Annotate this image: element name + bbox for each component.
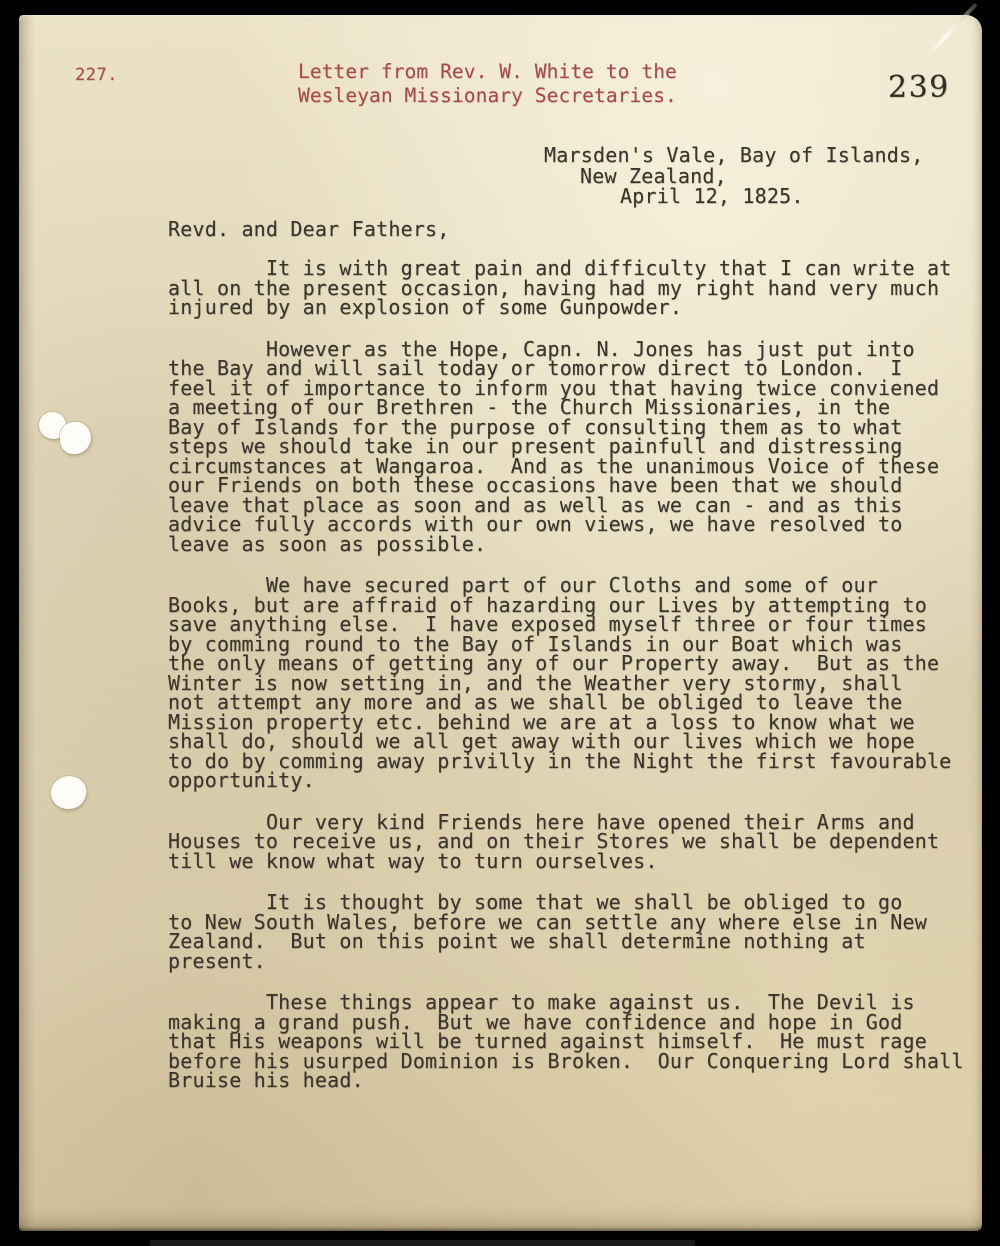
paragraph-3: We have secured part of our Cloths and s…: [168, 576, 980, 791]
punch-hole-bottom: [48, 773, 89, 813]
page-title-line-1: Letter from Rev. W. White to the: [298, 60, 677, 84]
scan-background: 227. Letter from Rev. W. White to the We…: [0, 0, 1000, 1246]
paragraph-2: However as the Hope, Capn. N. Jones has …: [168, 340, 980, 555]
page-title: Letter from Rev. W. White to the Wesleya…: [298, 60, 677, 108]
scanner-edge-artifact: [150, 1240, 695, 1246]
punch-hole-top-overlap: [60, 422, 91, 454]
paragraph-1: It is with great pain and difficulty tha…: [168, 259, 980, 318]
address-line-place: Marsden's Vale, Bay of Islands,: [544, 145, 982, 166]
salutation: Revd. and Dear Fathers,: [168, 217, 450, 241]
corner-crease: [924, 3, 977, 60]
paragraph-6: These things appear to make against us. …: [168, 993, 980, 1091]
page-number: 239: [888, 70, 950, 105]
address-line-country: New Zealand,: [580, 166, 982, 187]
letter-body: It is with great pain and difficulty tha…: [168, 259, 980, 1113]
catalog-number: 227.: [75, 65, 118, 85]
address-line-date: April 12, 1825.: [620, 186, 982, 207]
paragraph-5: It is thought by some that we shall be o…: [168, 893, 980, 971]
letter-page: 227. Letter from Rev. W. White to the We…: [19, 15, 982, 1231]
page-title-line-2: Wesleyan Missionary Secretaries.: [298, 84, 677, 108]
address-block: Marsden's Vale, Bay of Islands, New Zeal…: [19, 145, 982, 207]
paragraph-4: Our very kind Friends here have opened t…: [168, 813, 980, 872]
